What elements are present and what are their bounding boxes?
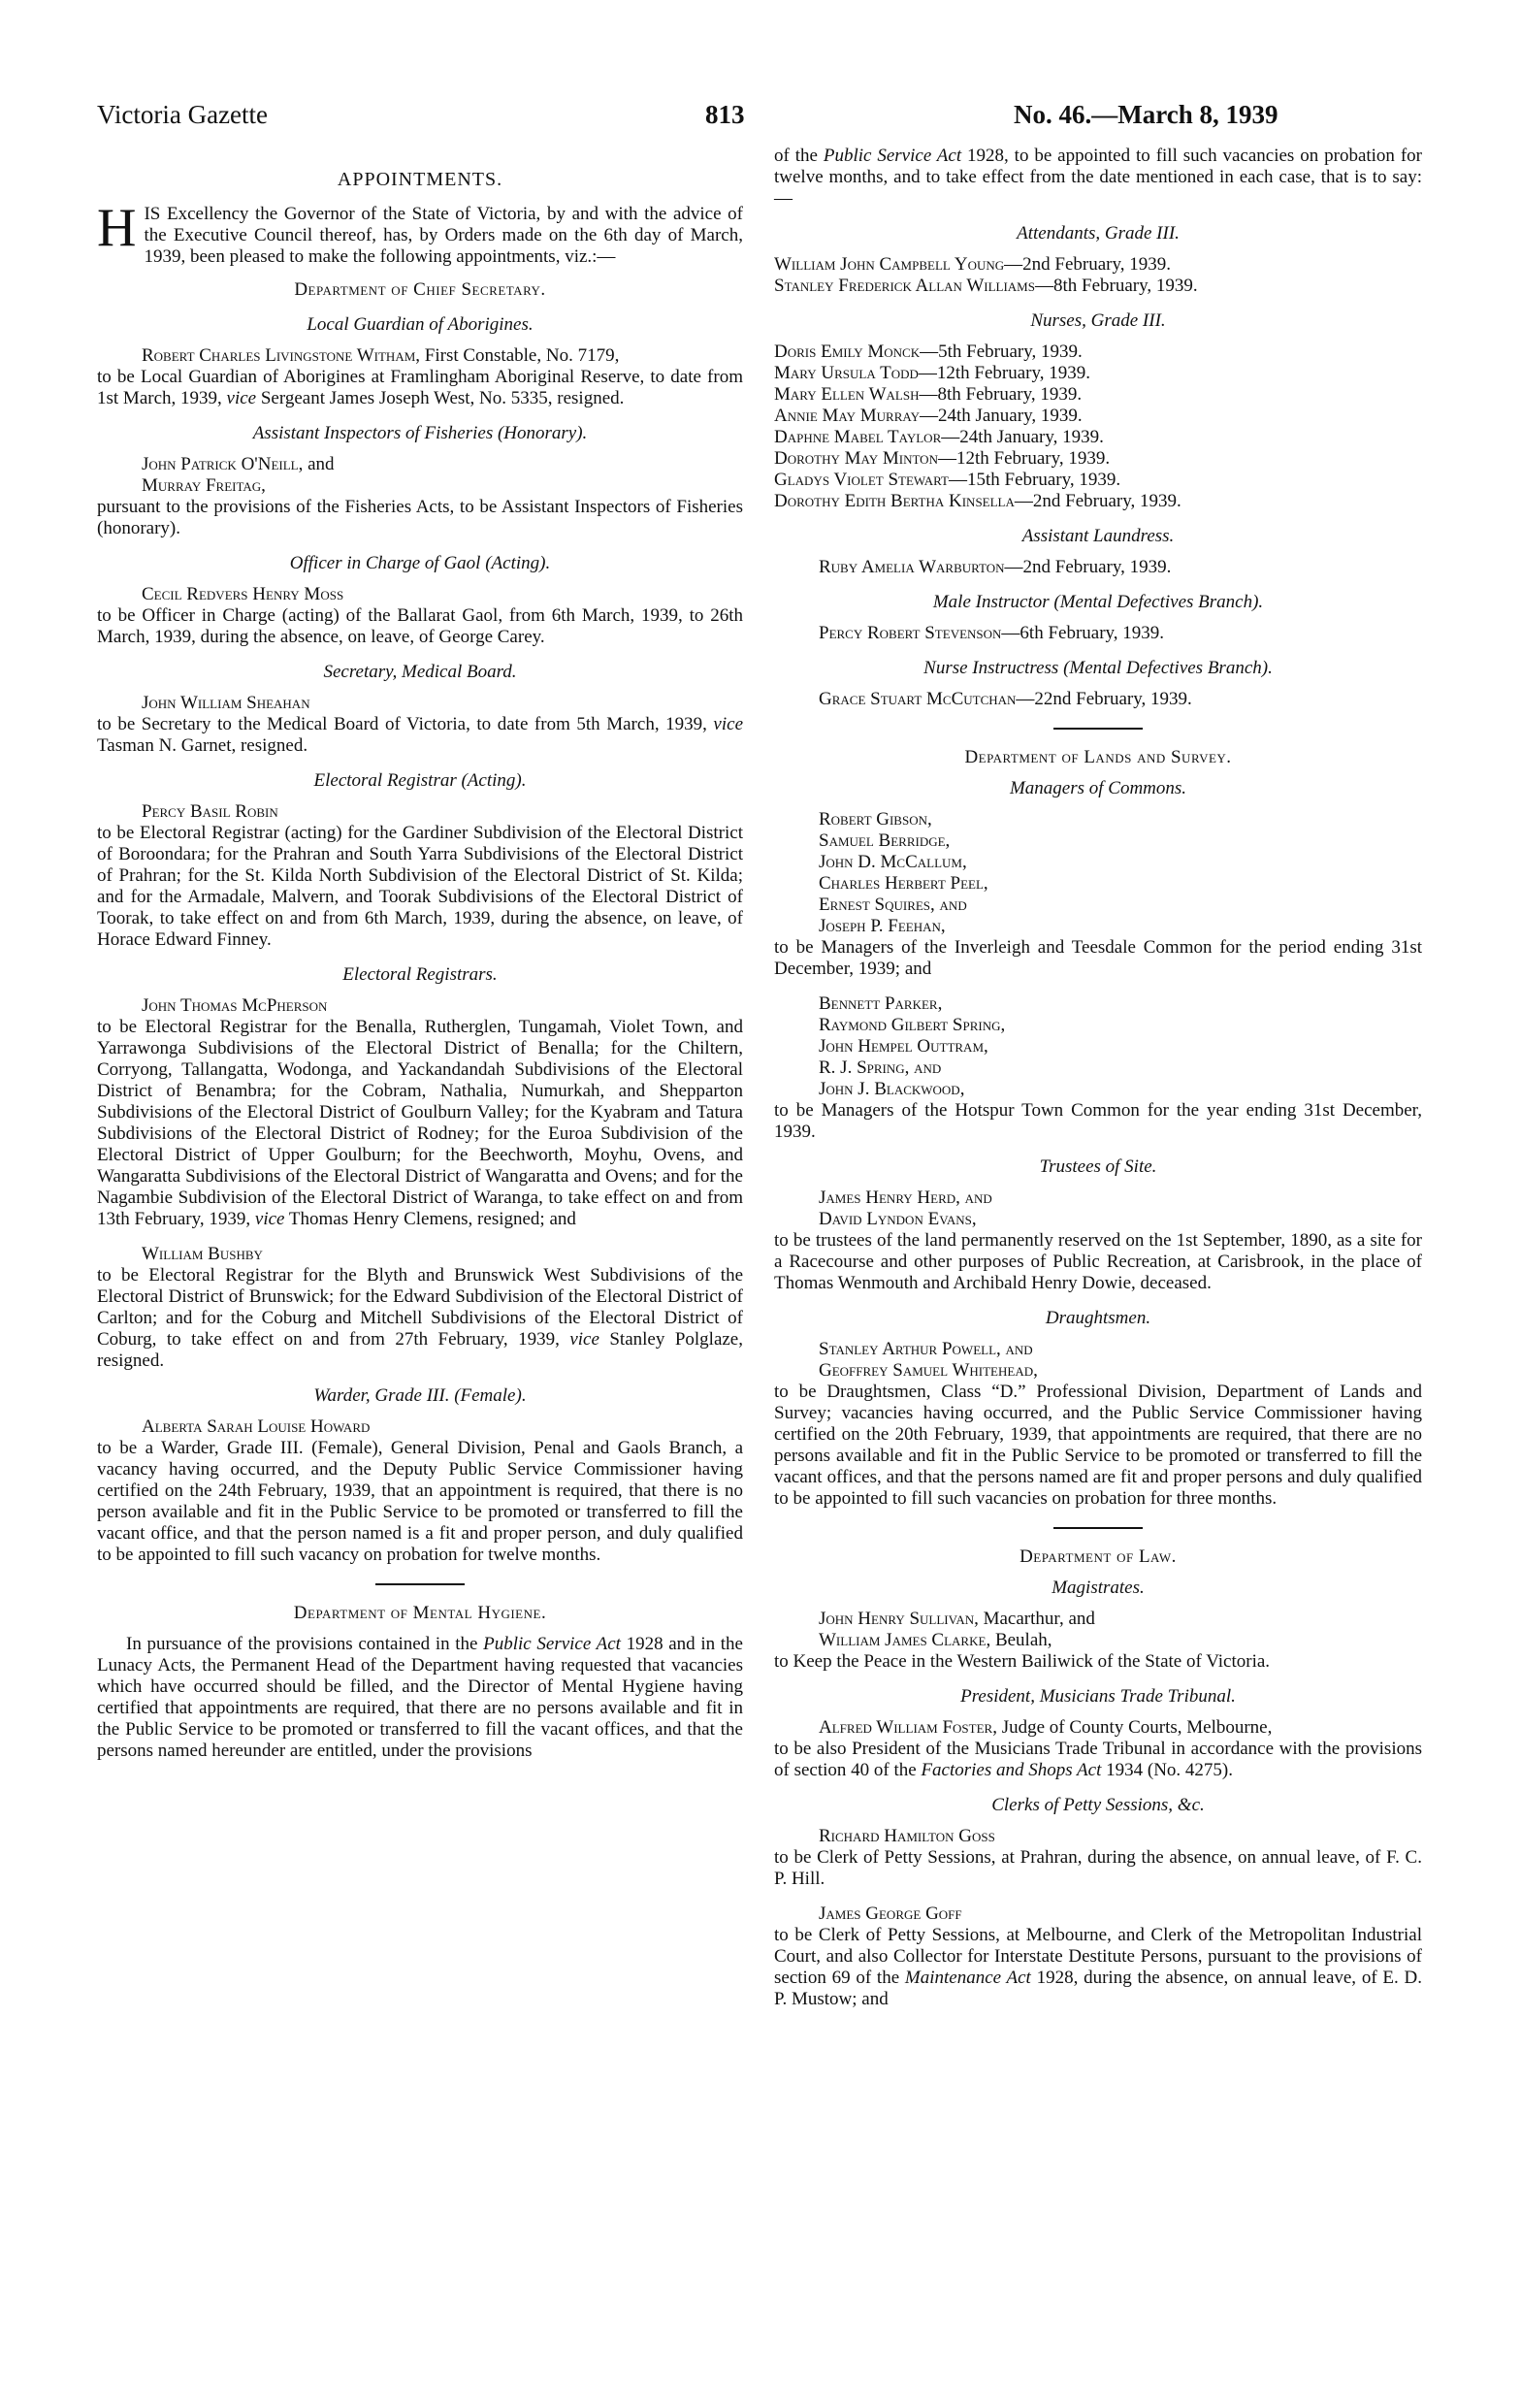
dept-lands-survey: Department of Lands and Survey.	[774, 747, 1422, 768]
heading-electoral-registrars: Electoral Registrars.	[97, 964, 743, 986]
appointee-name: David Lyndon Evans,	[819, 1209, 1422, 1230]
dept-law: Department of Law.	[774, 1546, 1422, 1568]
publication-title: Victoria Gazette	[97, 100, 268, 129]
appointment-text: to be Clerk of Petty Sessions, at Prahra…	[774, 1847, 1422, 1890]
page-number: 813	[705, 100, 745, 129]
heading-commons: Managers of Commons.	[774, 778, 1422, 799]
appointee-name: Stanley Frederick Allan Williams	[774, 276, 1035, 296]
appointment-date: —5th February, 1939.	[920, 342, 1083, 362]
heading-gaol: Officer in Charge of Gaol (Acting).	[97, 553, 743, 574]
attendants-list: William John Campbell Young—2nd February…	[774, 254, 1422, 297]
list-item: Gladys Violet Stewart—15th February, 193…	[774, 470, 1422, 491]
list-item: Ruby Amelia Warburton—2nd February, 1939…	[774, 557, 1422, 578]
appointee-list: James Henry Herd, andDavid Lyndon Evans,	[774, 1188, 1422, 1230]
heading-president-tribunal: President, Musicians Trade Tribunal.	[774, 1686, 1422, 1708]
appointment-text: to be Managers of the Inverleigh and Tee…	[774, 937, 1422, 980]
list-item: Dorothy May Minton—12th February, 1939.	[774, 448, 1422, 470]
appointee-name: Gladys Violet Stewart	[774, 470, 949, 490]
list-item: Daphne Mabel Taylor—24th January, 1939.	[774, 427, 1422, 448]
appointment-date: —12th February, 1939.	[919, 363, 1090, 383]
heading-clerks: Clerks of Petty Sessions, &c.	[774, 1795, 1422, 1816]
appointee-name: Raymond Gilbert Spring,	[819, 1015, 1422, 1036]
heading-male-instructor: Male Instructor (Mental Defectives Branc…	[774, 592, 1422, 613]
appointee-name: Geoffrey Samuel Whitehead,	[819, 1360, 1422, 1382]
appointment-text: to be Managers of the Hotspur Town Commo…	[774, 1100, 1422, 1143]
appointment-text: pursuant to the provisions of the Fisher…	[97, 497, 743, 539]
list-item: Mary Ursula Todd—12th February, 1939.	[774, 363, 1422, 384]
heading-fisheries: Assistant Inspectors of Fisheries (Honor…	[97, 423, 743, 444]
heading-nurses: Nurses, Grade III.	[774, 310, 1422, 332]
appointee-name: Mary Ellen Walsh	[774, 384, 919, 405]
appointment-date: —12th February, 1939.	[938, 448, 1110, 469]
heading-magistrates: Magistrates.	[774, 1578, 1422, 1599]
mental-hygiene-paragraph: In pursuance of the provisions contained…	[97, 1634, 743, 1762]
appointee-name: William John Campbell Young	[774, 254, 1004, 275]
section-divider	[1053, 1527, 1143, 1529]
appointee-name: Joseph P. Feehan,	[819, 916, 1422, 937]
appointment-text: to be Secretary to the Medical Board of …	[97, 714, 743, 757]
heading-local-guardian: Local Guardian of Aborigines.	[97, 314, 743, 336]
appointee: James George Goff	[774, 1904, 1422, 1925]
list-item: Mary Ellen Walsh—8th February, 1939.	[774, 384, 1422, 406]
appointment-text: to be Draughtsmen, Class “D.” Profession…	[774, 1382, 1422, 1510]
appointment-date: —8th February, 1939.	[919, 384, 1082, 405]
list-item: Grace Stuart McCutchan—22nd February, 19…	[774, 689, 1422, 710]
dept-mental-hygiene: Department of Mental Hygiene.	[97, 1603, 743, 1624]
appointee-name: Ernest Squires, and	[819, 895, 1422, 916]
continuation-paragraph: of the Public Service Act 1928, to be ap…	[774, 146, 1422, 210]
section-divider	[375, 1583, 465, 1585]
list-item: Annie May Murray—24th January, 1939.	[774, 406, 1422, 427]
appointment-date: —24th January, 1939.	[920, 406, 1083, 426]
heading-nurse-instructress: Nurse Instructress (Mental Defectives Br…	[774, 658, 1422, 679]
appointment-text: to be Electoral Registrar (acting) for t…	[97, 823, 743, 951]
appointee-name: Mary Ursula Todd	[774, 363, 919, 383]
appointment-date: —2nd February, 1939.	[1015, 491, 1181, 511]
heading-medical-board: Secretary, Medical Board.	[97, 662, 743, 683]
appointee-name: John Hempel Outtram,	[819, 1036, 1422, 1058]
appointee: Alberta Sarah Louise Howard	[97, 1416, 743, 1438]
list-item: William John Campbell Young—2nd February…	[774, 254, 1422, 276]
appointee-list: Robert Gibson,Samuel Berridge,John D. Mc…	[774, 809, 1422, 937]
appointment-text: to be Officer in Charge (acting) of the …	[97, 605, 743, 648]
heading-trustees: Trustees of Site.	[774, 1156, 1422, 1178]
dept-chief-secretary: Department of Chief Secretary.	[97, 279, 743, 301]
nurses-list: Doris Emily Monck—5th February, 1939.Mar…	[774, 342, 1422, 512]
appointment-text: to be Electoral Registrar for the Benall…	[97, 1017, 743, 1230]
drop-cap: H	[97, 206, 136, 250]
appointment-text: to be trustees of the land permanently r…	[774, 1230, 1422, 1294]
appointee: Cecil Redvers Henry Moss	[97, 584, 743, 605]
appointment-date: —15th February, 1939.	[949, 470, 1120, 490]
appointee-name: Dorothy May Minton	[774, 448, 938, 469]
heading-attendants: Attendants, Grade III.	[774, 223, 1422, 244]
section-title: APPOINTMENTS.	[97, 169, 743, 190]
appointee-name: Dorothy Edith Bertha Kinsella	[774, 491, 1015, 511]
heading-laundress: Assistant Laundress.	[774, 526, 1422, 547]
appointee: William Bushby	[97, 1244, 743, 1265]
appointee-name: Samuel Berridge,	[819, 830, 1422, 852]
appointment-date: —24th January, 1939.	[941, 427, 1104, 447]
section-divider	[1053, 728, 1143, 730]
appointee: Robert Charles Livingstone Witham, First…	[97, 345, 743, 367]
appointee: John Thomas McPherson	[97, 995, 743, 1017]
list-item: Doris Emily Monck—5th February, 1939.	[774, 342, 1422, 363]
appointee-name: Charles Herbert Peel,	[819, 873, 1422, 895]
intro-paragraph: HIS Excellency the Governor of the State…	[97, 204, 743, 268]
appointee-name: Robert Gibson,	[819, 809, 1422, 830]
appointee-name: Annie May Murray	[774, 406, 920, 426]
list-item: Percy Robert Stevenson—6th February, 193…	[774, 623, 1422, 644]
appointment-text: to be a Warder, Grade III. (Female), Gen…	[97, 1438, 743, 1566]
list-item: Stanley Frederick Allan Williams—8th Feb…	[774, 276, 1422, 297]
appointee-list: Stanley Arthur Powell, andGeoffrey Samue…	[774, 1339, 1422, 1382]
appointee-name: Bennett Parker,	[819, 993, 1422, 1015]
heading-warder: Warder, Grade III. (Female).	[97, 1385, 743, 1407]
appointee-list: John Patrick O'Neill, and Murray Freitag…	[97, 454, 743, 497]
appointee-list: Bennett Parker,Raymond Gilbert Spring,Jo…	[774, 993, 1422, 1100]
appointee-name: R. J. Spring, and	[819, 1058, 1422, 1079]
appointee-name: John J. Blackwood,	[819, 1079, 1422, 1100]
appointee-list: John Henry Sullivan, Macarthur, and Will…	[774, 1609, 1422, 1651]
appointee: Percy Basil Robin	[97, 801, 743, 823]
appointment-text: to Keep the Peace in the Western Bailiwi…	[774, 1651, 1422, 1673]
heading-electoral-acting: Electoral Registrar (Acting).	[97, 770, 743, 792]
appointment-date: —8th February, 1939.	[1035, 276, 1198, 296]
appointee: John William Sheahan	[97, 693, 743, 714]
appointee: Alfred William Foster, Judge of County C…	[774, 1717, 1422, 1739]
right-column: of the Public Service Act 1928, to be ap…	[774, 146, 1422, 2014]
appointee-name: Daphne Mabel Taylor	[774, 427, 941, 447]
appointee-name: Stanley Arthur Powell, and	[819, 1339, 1422, 1360]
appointee-name: James Henry Herd, and	[819, 1188, 1422, 1209]
appointment-text: to be also President of the Musicians Tr…	[774, 1739, 1422, 1781]
appointment-text: to be Electoral Registrar for the Blyth …	[97, 1265, 743, 1372]
issue-date: No. 46.—March 8, 1939	[1014, 100, 1278, 129]
appointee: Richard Hamilton Goss	[774, 1826, 1422, 1847]
appointment-date: —2nd February, 1939.	[1004, 254, 1171, 275]
appointee-name: John D. McCallum,	[819, 852, 1422, 873]
heading-draughtsmen: Draughtsmen.	[774, 1308, 1422, 1329]
left-column: APPOINTMENTS. HIS Excellency the Governo…	[97, 146, 743, 1766]
appointment-text: to be Local Guardian of Aborigines at Fr…	[97, 367, 743, 409]
appointment-text: to be Clerk of Petty Sessions, at Melbou…	[774, 1925, 1422, 2010]
appointee-name: Doris Emily Monck	[774, 342, 920, 362]
list-item: Dorothy Edith Bertha Kinsella—2nd Februa…	[774, 491, 1422, 512]
